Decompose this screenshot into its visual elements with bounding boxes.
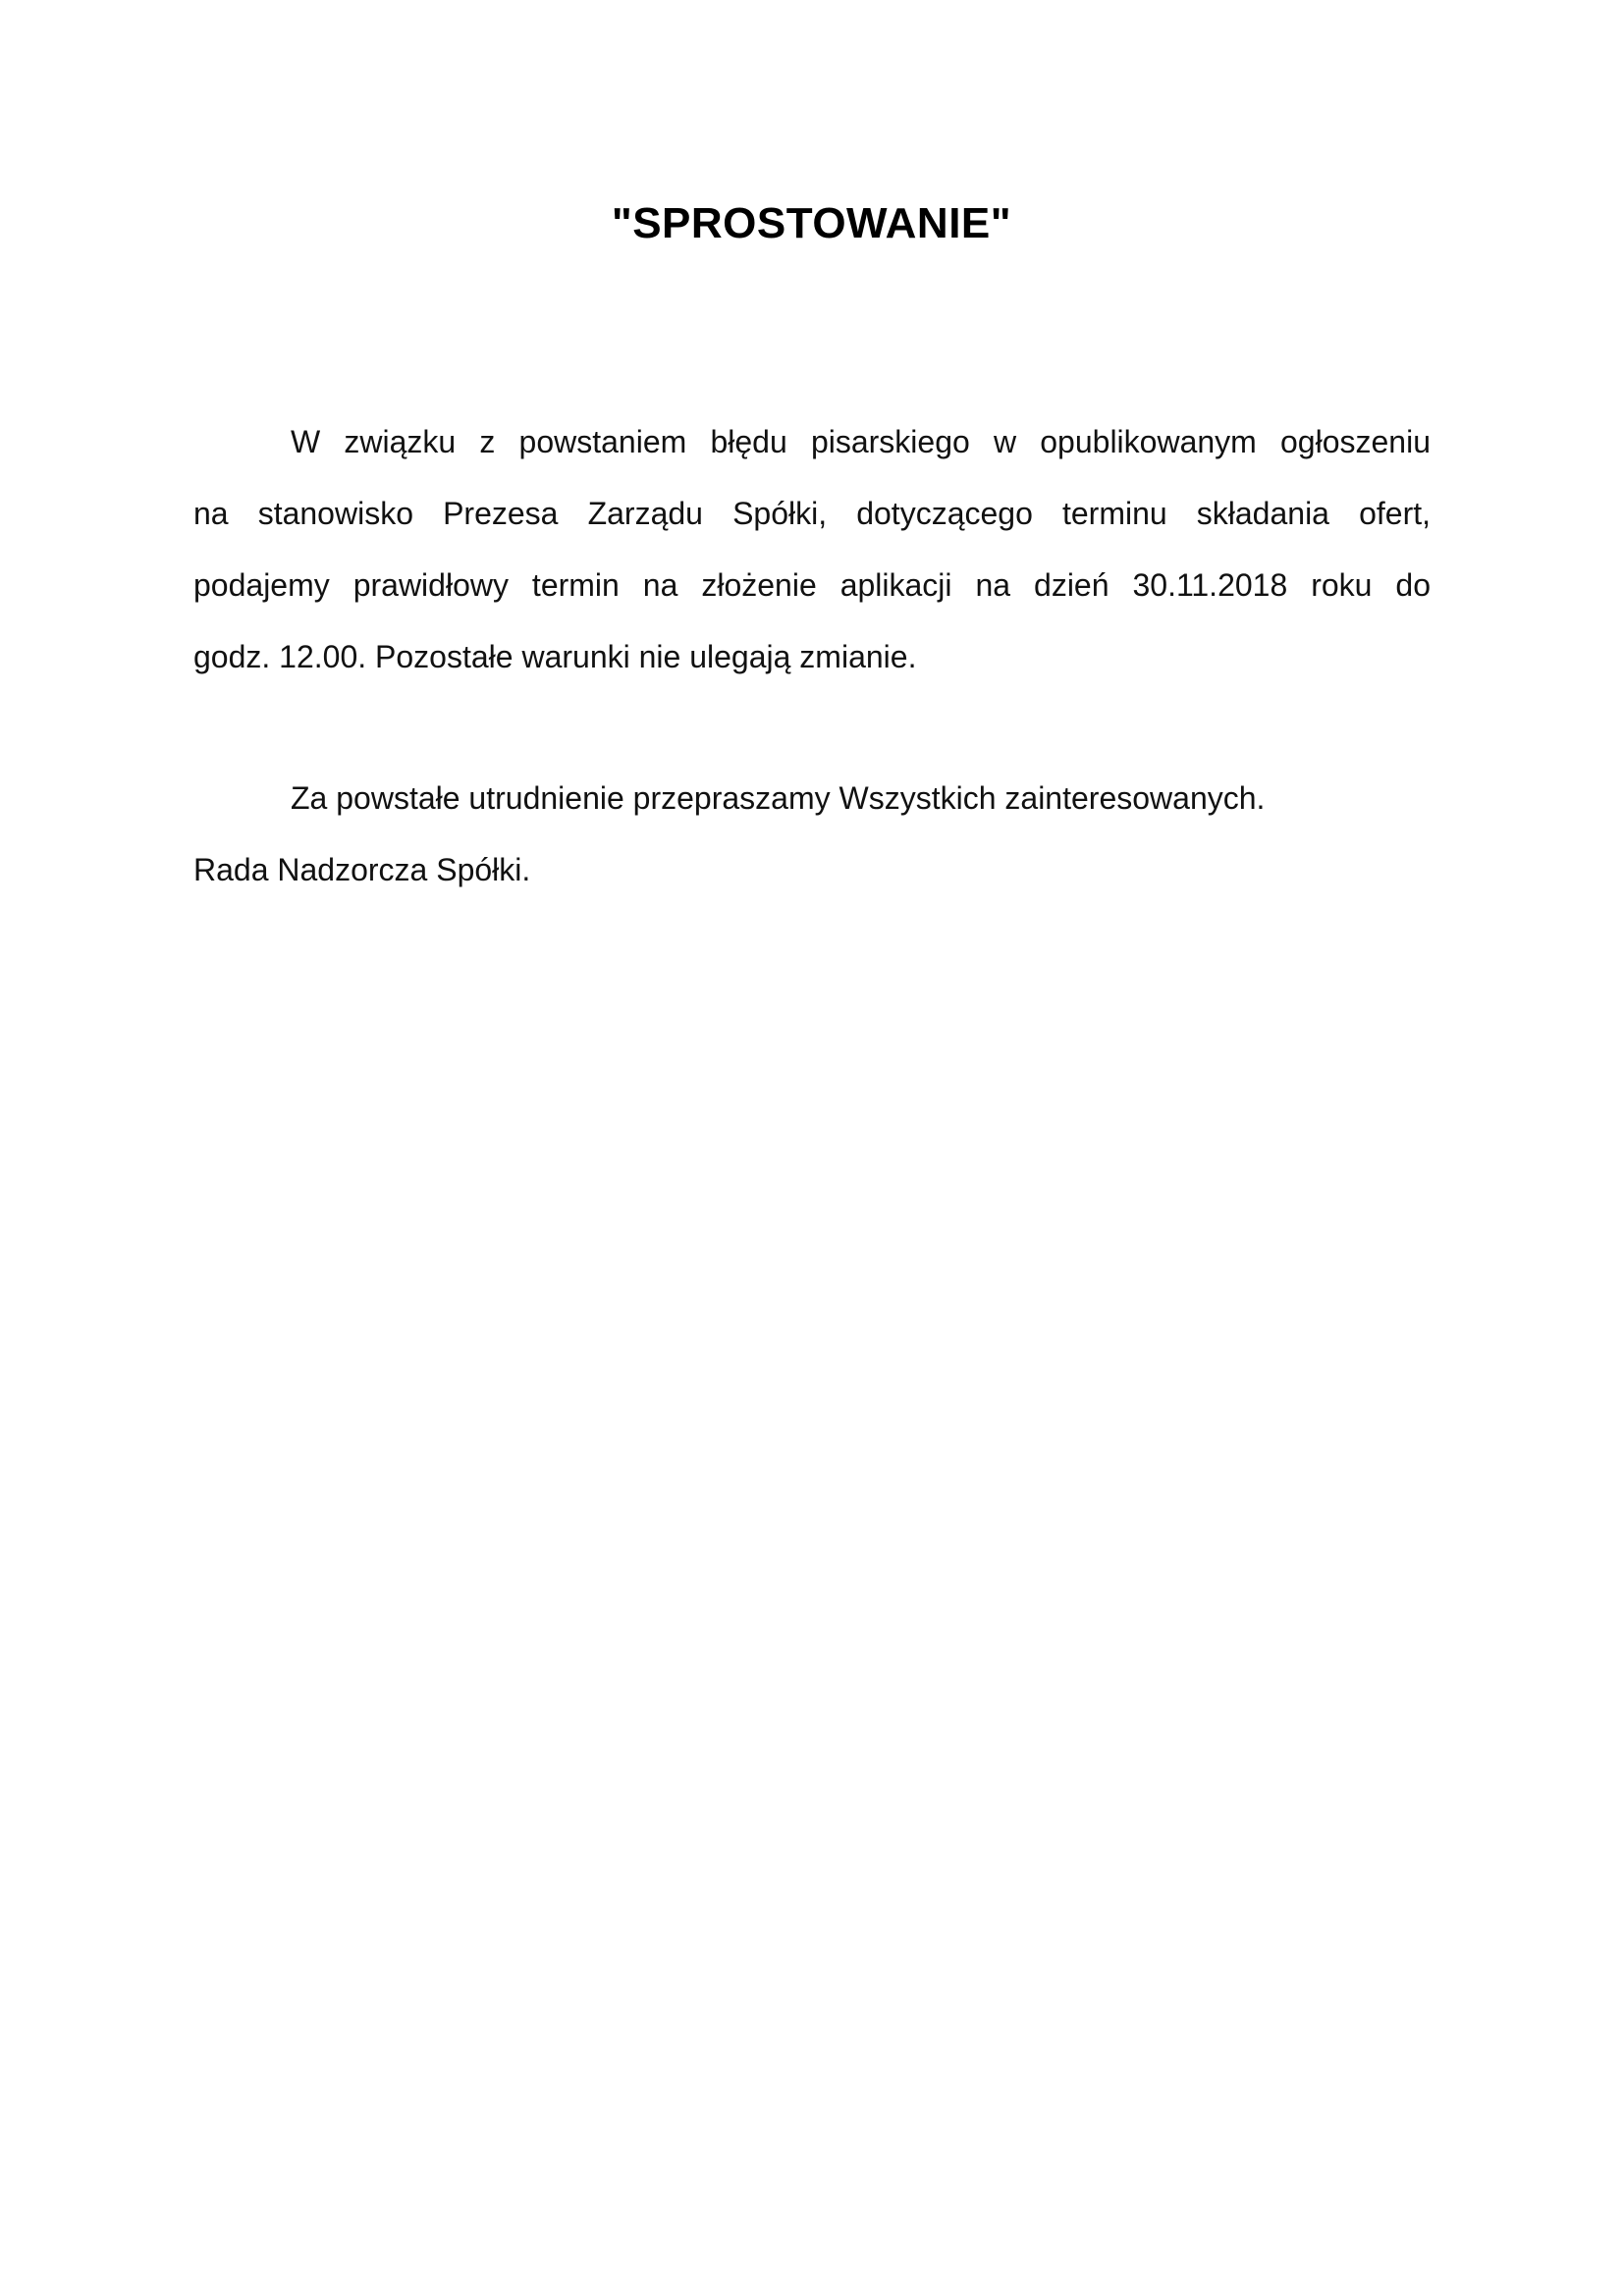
paragraph-line-text: W związku z powstaniem błędu pisarskiego…	[291, 424, 1431, 459]
paragraph-line: podajemy prawidłowy termin na złożenie a…	[193, 550, 1431, 621]
document-page: "SPROSTOWANIE" W związku z powstaniem bł…	[0, 0, 1623, 2296]
apology-paragraph: Za powstałe utrudnienie przepraszamy Wsz…	[193, 763, 1431, 834]
signature: Rada Nadzorcza Spółki.	[193, 834, 1431, 906]
apology-text: Za powstałe utrudnienie przepraszamy Wsz…	[291, 780, 1265, 816]
paragraph-line: godz. 12.00. Pozostałe warunki nie ulega…	[193, 621, 1431, 693]
paragraph-line: na stanowisko Prezesa Zarządu Spółki, do…	[193, 478, 1431, 550]
document-title: "SPROSTOWANIE"	[0, 194, 1623, 253]
correction-paragraph: W związku z powstaniem błędu pisarskiego…	[193, 406, 1431, 693]
paragraph-line: W związku z powstaniem błędu pisarskiego…	[193, 406, 1431, 478]
